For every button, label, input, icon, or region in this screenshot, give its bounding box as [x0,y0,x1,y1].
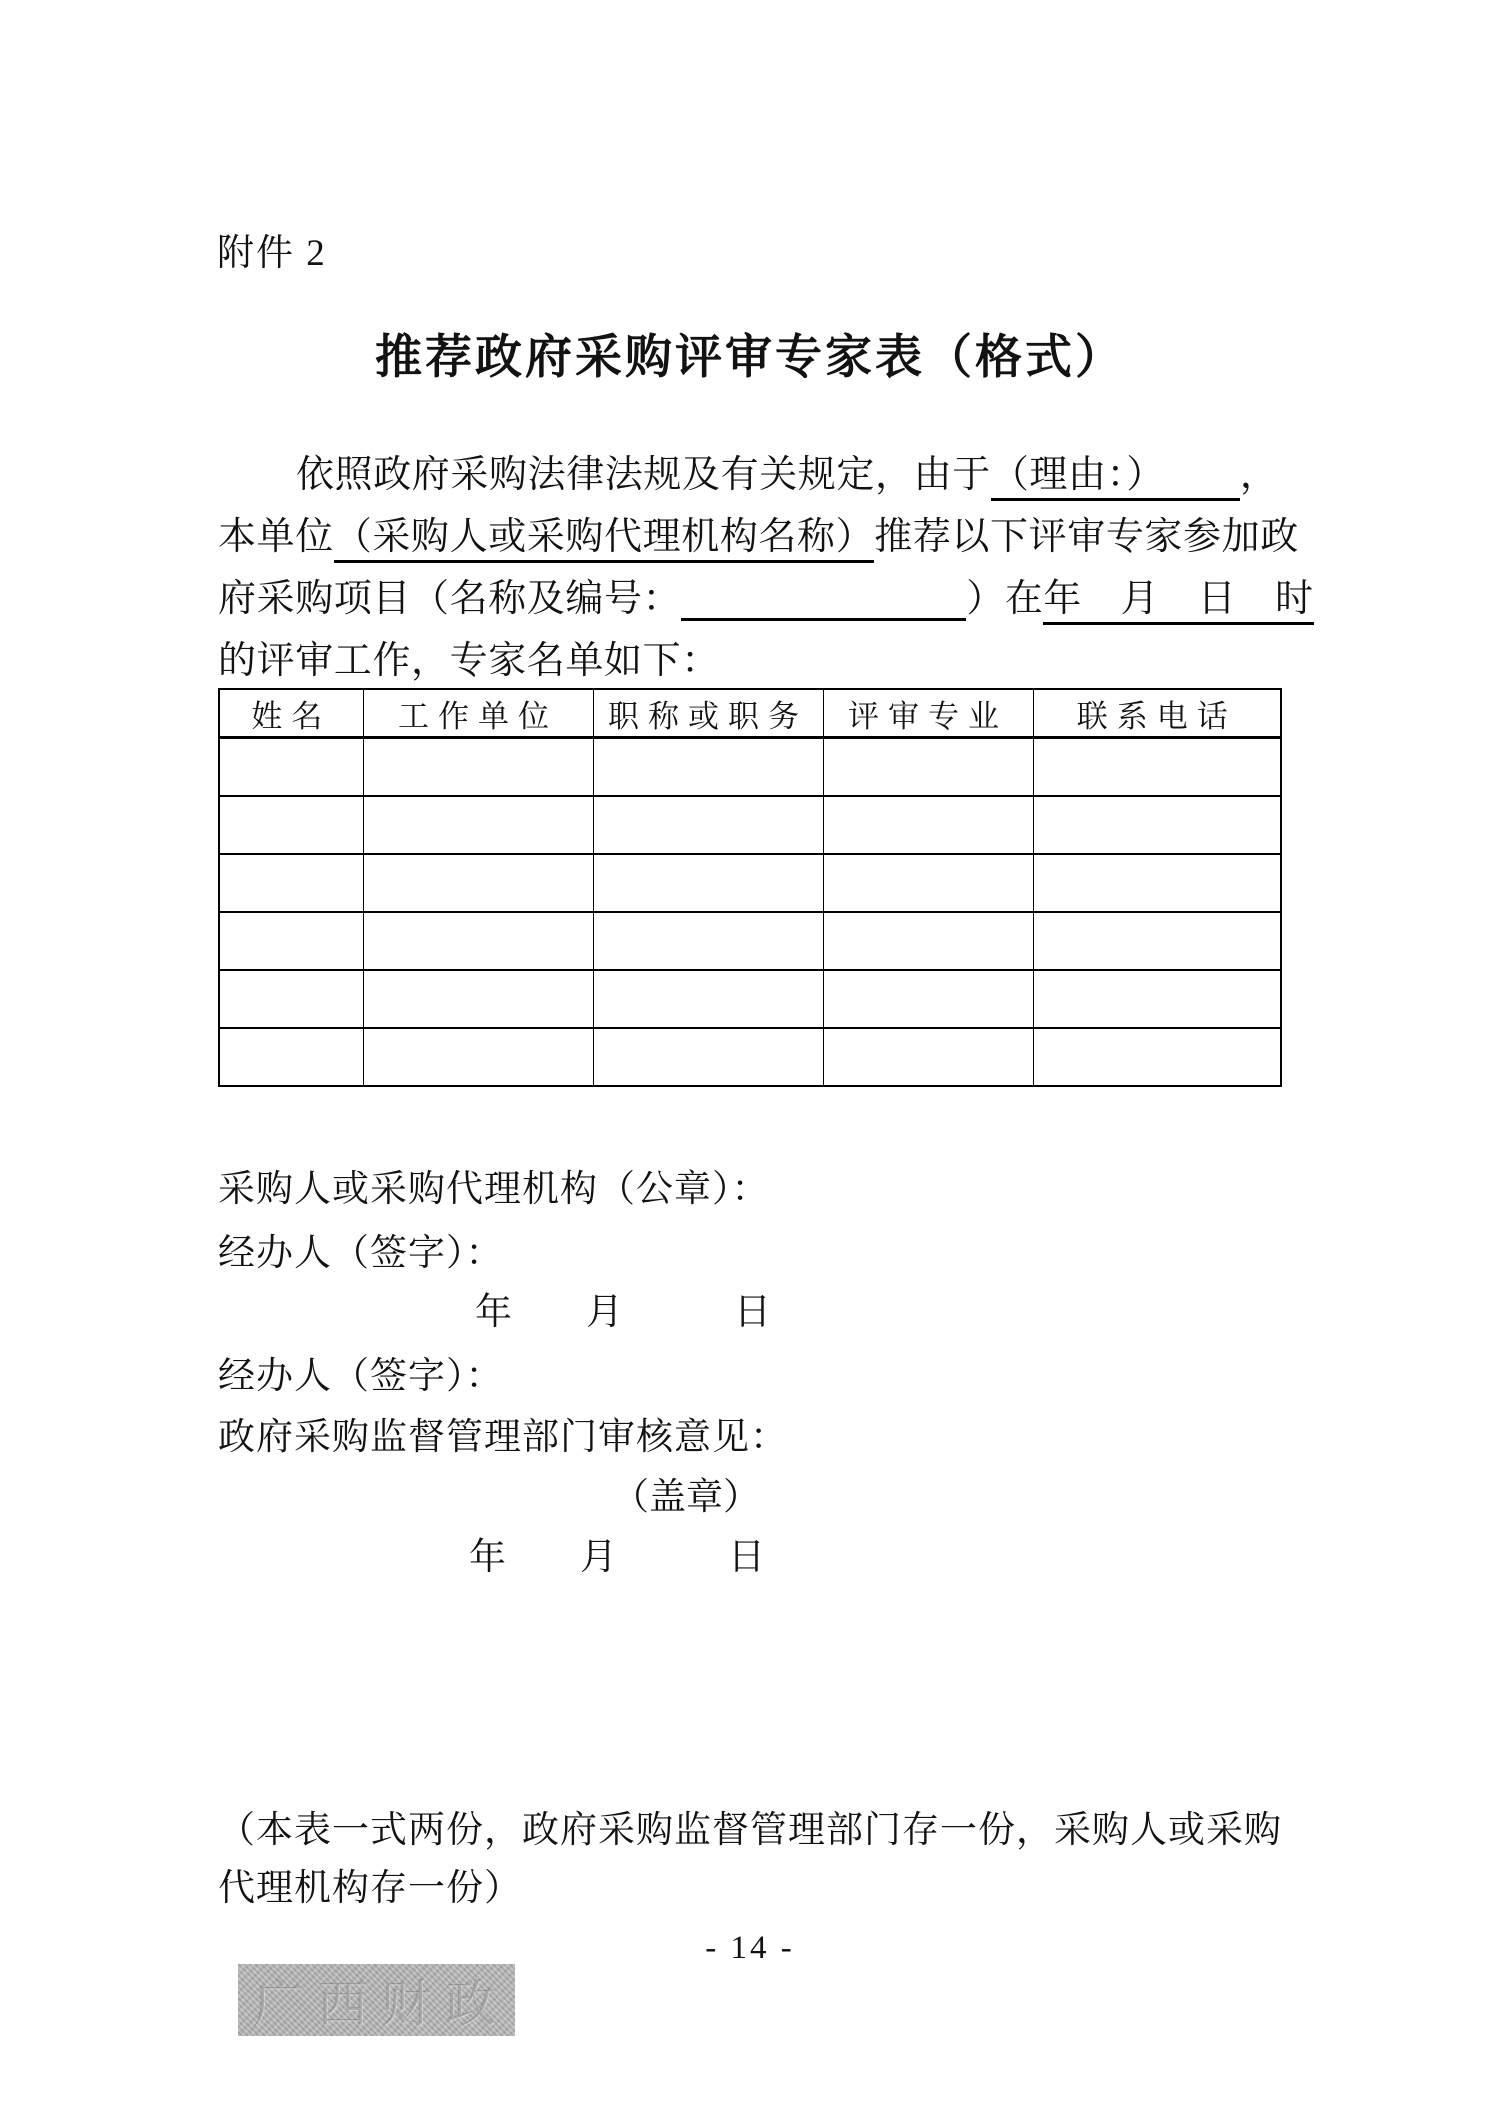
table-cell [593,912,823,970]
blank-project-name [681,588,966,621]
table-cell [823,1028,1033,1086]
underline-reason-field: （理由：） [991,454,1240,501]
table-cell [823,738,1033,797]
table-cell [593,738,823,797]
table-row [219,970,1281,1028]
date-line-1: 年 月 日 [475,1281,771,1335]
table-cell [363,796,593,854]
table-cell [219,738,363,797]
table-cell [1033,796,1281,854]
table-cell [593,854,823,912]
document-title: 推荐政府采购评审专家表（格式） [0,320,1500,387]
footer-note: （本表一式两份，政府采购监督管理部门存一份，采购人或采购 代理机构存一份） [218,1802,1308,1918]
page-number: - 14 - [0,1930,1500,1967]
header-name: 姓名 [219,689,363,738]
table-cell [219,796,363,854]
attachment-label: 附件 2 [217,222,327,276]
paragraph-line-3: 府采购项目（名称及编号：）在年 月 日 时 [218,568,1318,630]
table-cell [593,1028,823,1086]
table-cell [363,1028,593,1086]
table-cell [823,796,1033,854]
handler-sign-line-2: 经办人（签字）： [218,1345,504,1399]
table-cell [219,912,363,970]
table-cell [363,738,593,797]
paragraph-line-2: 本单位（采购人或采购代理机构名称）推荐以下评审专家参加政 [218,506,1318,568]
table-row [219,796,1281,854]
experts-table: 姓名 工作单位 职称或职务 评审专业 联系电话 [218,688,1282,1087]
table-cell [1033,854,1281,912]
table-cell [823,854,1033,912]
line1-text: 依照政府采购法律法规及有关规定，由于 [296,454,991,496]
table-cell [1033,738,1281,797]
table-cell [219,1028,363,1086]
table-header-row: 姓名 工作单位 职称或职务 评审专业 联系电话 [219,689,1281,738]
date-line-2: 年 月 日 [469,1526,765,1580]
header-phone: 联系电话 [1033,689,1281,738]
paragraph-line-4: 的评审工作，专家名单如下： [218,630,1318,692]
underline-datetime: 年 月 日 时 [1043,578,1313,625]
table-cell [363,970,593,1028]
paragraph-line-1: 依照政府采购法律法规及有关规定，由于（理由：）， [218,444,1318,506]
table-cell [219,854,363,912]
underline-agency-name: （采购人或采购代理机构名称） [334,516,874,563]
blank-reason [1165,485,1240,487]
table-cell [219,970,363,1028]
table-row [219,738,1281,797]
stamp-watermark-text: 广西财政 [244,1964,510,2036]
footer-note-line-2: 代理机构存一份） [218,1860,1308,1918]
stamp-watermark: 广西财政 [238,1964,515,2036]
table-cell [823,912,1033,970]
table-cell [593,796,823,854]
header-employer: 工作单位 [363,689,593,738]
table-cell [363,912,593,970]
table-cell [1033,970,1281,1028]
supervisor-opinion-line: 政府采购监督管理部门审核意见： [218,1406,788,1460]
table-cell [593,970,823,1028]
table-row [219,1028,1281,1086]
document-page: 附件 2 推荐政府采购评审专家表（格式） 依照政府采购法律法规及有关规定，由于（… [0,0,1500,2121]
table-cell [1033,912,1281,970]
seal-label: （盖章） [612,1466,760,1520]
table-cell [363,854,593,912]
table-row [219,912,1281,970]
purchaser-seal-line: 采购人或采购代理机构（公章）： [218,1158,770,1212]
intro-paragraph: 依照政府采购法律法规及有关规定，由于（理由：）， 本单位（采购人或采购代理机构名… [218,444,1318,692]
header-review-specialty: 评审专业 [823,689,1033,738]
handler-sign-line-1: 经办人（签字）： [218,1222,504,1276]
table-row [219,854,1281,912]
header-title-or-post: 职称或职务 [593,689,823,738]
table-cell [823,970,1033,1028]
table-cell [1033,1028,1281,1086]
footer-note-line-1: （本表一式两份，政府采购监督管理部门存一份，采购人或采购 [218,1802,1308,1860]
